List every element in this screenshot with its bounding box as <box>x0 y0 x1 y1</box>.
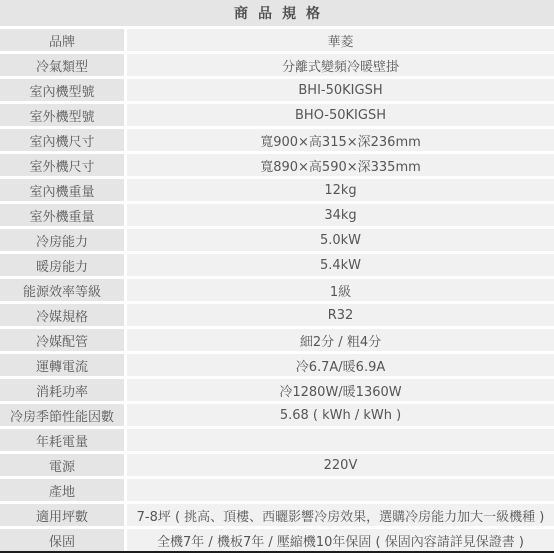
spec-label-power-consumption: 消耗功率 <box>0 379 124 401</box>
spec-label-heating-capacity: 暖房能力 <box>0 254 124 276</box>
spec-value-indoor-model: BHI-50KIGSH <box>127 79 554 101</box>
spec-value-annual-energy <box>127 429 554 451</box>
spec-value-cooling-capacity: 5.0kW <box>127 229 554 251</box>
spec-value-outdoor-size: 寬890×高590×深335mm <box>127 154 554 176</box>
spec-value-brand: 華菱 <box>127 29 554 51</box>
spec-value-power-source: 220V <box>127 454 554 476</box>
spec-label-energy-efficiency: 能源效率等級 <box>0 279 124 301</box>
spec-value-refrigerant-piping: 細2分 / 粗4分 <box>127 329 554 351</box>
spec-label-indoor-model: 室內機型號 <box>0 79 124 101</box>
spec-label-refrigerant: 冷媒規格 <box>0 304 124 326</box>
spec-value-indoor-weight: 12kg <box>127 179 554 201</box>
product-spec-table: 商品規格 品牌 華菱 冷氣類型 分離式變頻冷暖壁掛 室內機型號 BHI-50KI… <box>0 0 554 553</box>
spec-label-ac-type: 冷氣類型 <box>0 54 124 76</box>
spec-label-running-current: 運轉電流 <box>0 354 124 376</box>
spec-value-energy-efficiency: 1級 <box>127 279 554 301</box>
spec-label-brand: 品牌 <box>0 29 124 51</box>
spec-label-applicable-area: 適用坪數 <box>0 504 124 526</box>
spec-value-applicable-area: 7-8坪 ( 挑高、頂樓、西曬影響冷房效果，選購冷房能力加大一級機種 ) <box>127 504 554 526</box>
spec-value-indoor-size: 寬900×高315×深236mm <box>127 129 554 151</box>
spec-value-outdoor-weight: 34kg <box>127 204 554 226</box>
spec-label-refrigerant-piping: 冷媒配管 <box>0 329 124 351</box>
spec-label-indoor-weight: 室內機重量 <box>0 179 124 201</box>
spec-label-outdoor-weight: 室外機重量 <box>0 204 124 226</box>
spec-value-cspf: 5.68 ( kWh / kWh ) <box>127 404 554 426</box>
spec-label-warranty: 保固 <box>0 529 124 551</box>
table-title: 商品規格 <box>0 0 554 26</box>
table-title-text: 商品規格 <box>234 3 330 23</box>
spec-value-power-consumption: 冷1280W/暖1360W <box>127 379 554 401</box>
spec-value-warranty: 全機7年 / 機板7年 / 壓縮機10年保固 ( 保固內容請詳見保證書 ) <box>127 529 554 551</box>
spec-label-cspf: 冷房季節性能因數 <box>0 404 124 426</box>
spec-label-indoor-size: 室內機尺寸 <box>0 129 124 151</box>
spec-label-outdoor-model: 室外機型號 <box>0 104 124 126</box>
spec-label-outdoor-size: 室外機尺寸 <box>0 154 124 176</box>
spec-value-heating-capacity: 5.4kW <box>127 254 554 276</box>
spec-label-cooling-capacity: 冷房能力 <box>0 229 124 251</box>
spec-value-refrigerant: R32 <box>127 304 554 326</box>
spec-label-annual-energy: 年耗電量 <box>0 429 124 451</box>
spec-value-running-current: 冷6.7A/暖6.9A <box>127 354 554 376</box>
spec-value-ac-type: 分離式變頻冷暖壁掛 <box>127 54 554 76</box>
spec-label-origin: 產地 <box>0 479 124 501</box>
spec-value-origin <box>127 479 554 501</box>
spec-label-power-source: 電源 <box>0 454 124 476</box>
spec-value-outdoor-model: BHO-50KIGSH <box>127 104 554 126</box>
